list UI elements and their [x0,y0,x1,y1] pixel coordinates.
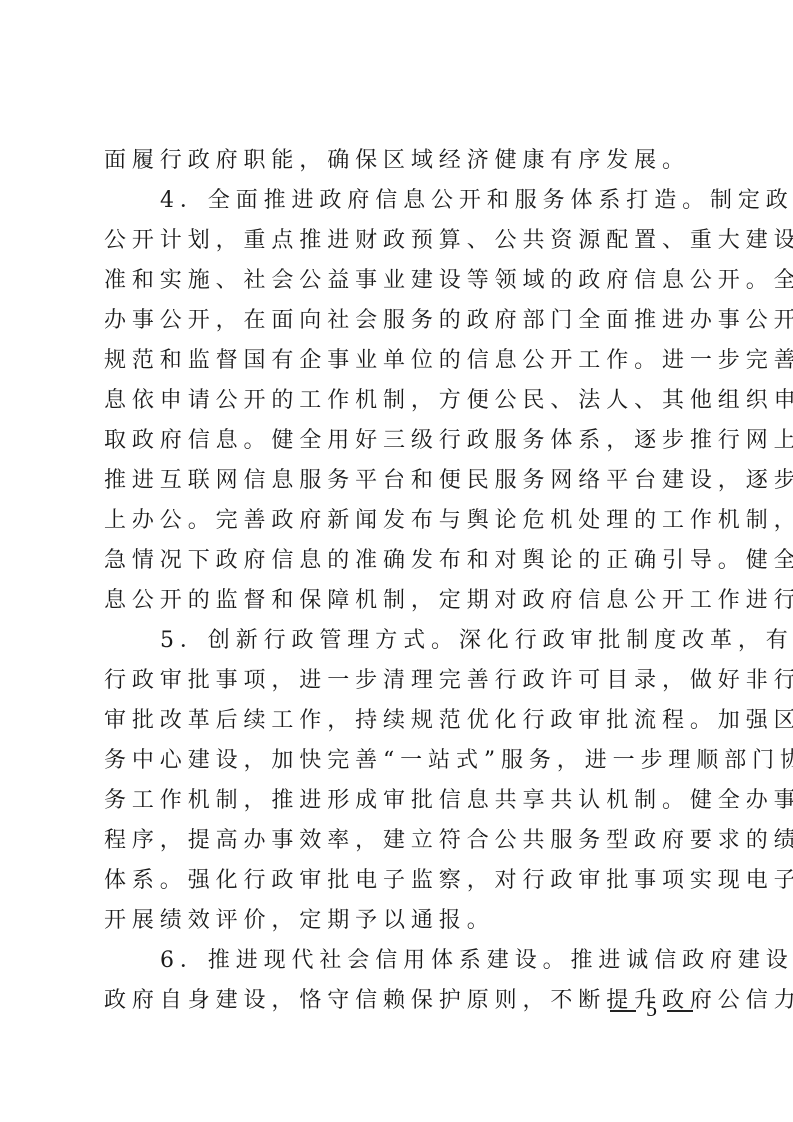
text-line-item-4-heading: 4．全面推进政府信息公开和服务体系打造。制定政府信息 [104,181,692,221]
document-page: 面履行政府职能，确保区域经济健康有序发展。 4．全面推进政府信息公开和服务体系打… [0,0,793,1122]
text-line: 行政审批事项，进一步清理完善行政许可目录，做好非行政许可 [104,661,692,701]
text-line: 推进互联网信息服务平台和便民服务网络平台建设，逐步推广网 [104,461,692,501]
dash-right [667,1010,693,1012]
body-text: 面履行政府职能，确保区域经济健康有序发展。 4．全面推进政府信息公开和服务体系打… [104,141,692,1021]
text-line: 体系。强化行政审批电子监察，对行政审批事项实现电子监控， [104,861,692,901]
text-line: 审批改革后续工作，持续规范优化行政审批流程。加强区行政服 [104,701,692,741]
text-line: 准和实施、社会公益事业建设等领域的政府信息公开。全面推进 [104,261,692,301]
text-line: 务中心建设，加快完善“一站式”服务，进一步理顺部门协调服 [104,741,692,781]
text-line: 取政府信息。健全用好三级行政服务体系，逐步推行网上服务， [104,421,692,461]
text-line: 急情况下政府信息的准确发布和对舆论的正确引导。健全政府信 [104,541,692,581]
text-line: 息依申请公开的工作机制，方便公民、法人、其他组织申请和获 [104,381,692,421]
text-line: 公开计划，重点推进财政预算、公共资源配置、重大建设项目批 [104,221,692,261]
text-line: 务工作机制，推进形成审批信息共享共认机制。健全办事制度和 [104,781,692,821]
dash-left [610,1010,636,1012]
page-number-value: 5 [646,996,657,1021]
page-number: 5 [600,996,703,1022]
text-line-item-5-heading: 5．创新行政管理方式。深化行政审批制度改革，有序承接 [104,621,692,661]
text-line: 开展绩效评价，定期予以通报。 [104,901,692,941]
text-line: 息公开的监督和保障机制，定期对政府信息公开工作进行评议。 [104,581,692,621]
text-line-item-6-heading: 6．推进现代社会信用体系建设。推进诚信政府建设，加强 [104,941,692,981]
text-line: 规范和监督国有企事业单位的信息公开工作。进一步完善政府信 [104,341,692,381]
text-line: 程序，提高办事效率，建立符合公共服务型政府要求的绩效评估 [104,821,692,861]
text-line: 上办公。完善政府新闻发布与舆论危机处理的工作机制，确保紧 [104,501,692,541]
text-line: 面履行政府职能，确保区域经济健康有序发展。 [104,141,692,181]
text-line: 办事公开，在面向社会服务的政府部门全面推进办事公开制度， [104,301,692,341]
